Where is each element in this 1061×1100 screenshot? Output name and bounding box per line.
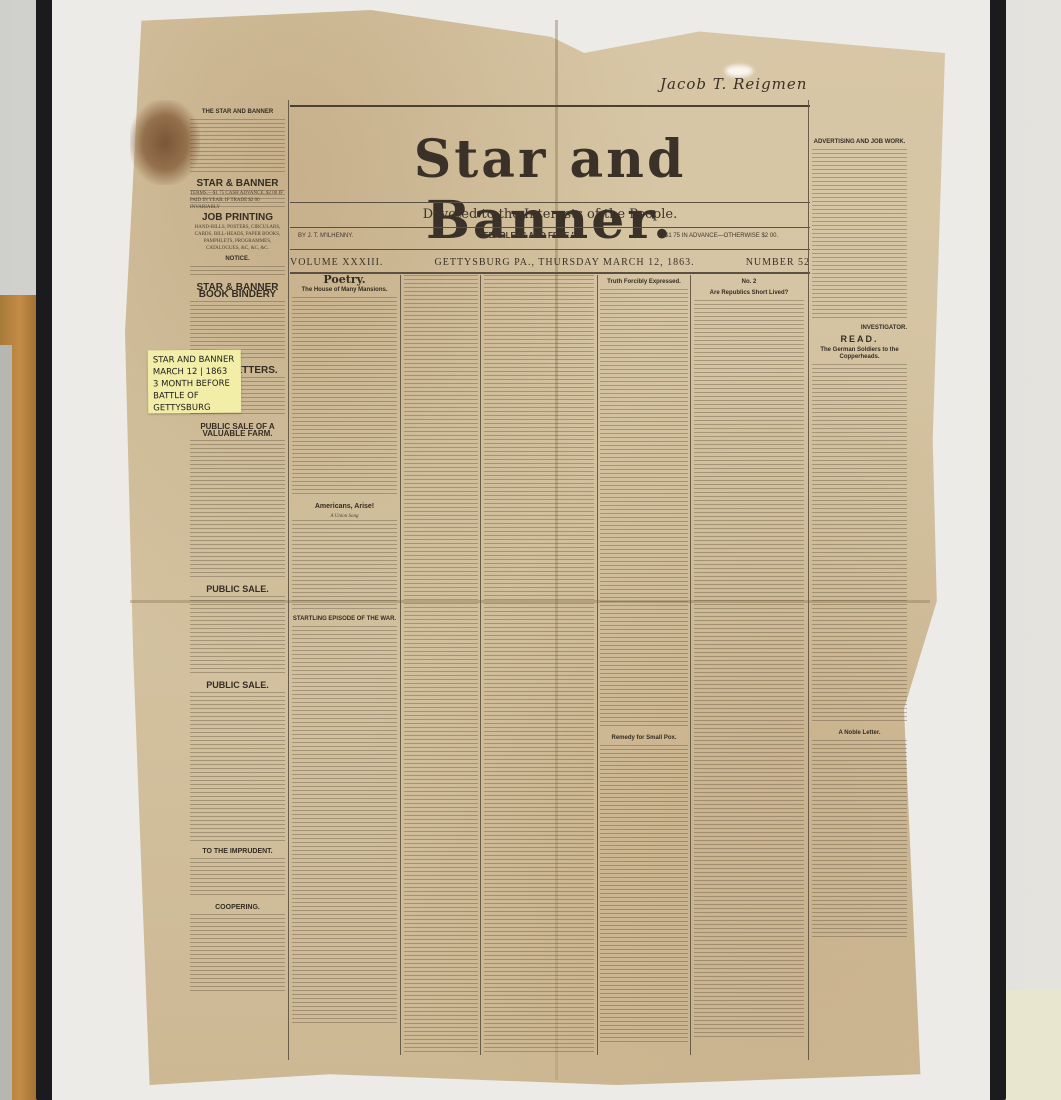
poetry-column: Poetry. The House of Many Mansions. Amer… [292, 272, 397, 1057]
article-column: Truth Forcibly Expressed. Remedy for Sma… [600, 275, 688, 1055]
issue-number: NUMBER 52 [746, 257, 810, 268]
text-block [404, 275, 478, 1055]
column-heading: JOB PRINTING [190, 214, 285, 221]
rule [290, 249, 810, 250]
article-column [404, 275, 478, 1055]
text-block [292, 520, 397, 610]
text-block [812, 364, 907, 724]
column-divider [690, 275, 691, 1055]
text-block [812, 740, 907, 940]
article-heading: The German Soldiers to the Copperheads. [812, 347, 907, 361]
article-column [484, 275, 594, 1055]
poem-subtitle: A Union Song [292, 513, 397, 520]
article-heading: Truth Forcibly Expressed. [600, 279, 688, 286]
article-column: No. 2 Are Republics Short Lived? [694, 275, 804, 1055]
rule [290, 227, 810, 228]
text-block [190, 119, 285, 174]
article-heading: Remedy for Small Pox. [600, 735, 688, 742]
column-divider [597, 275, 598, 1055]
article-heading: STARTLING EPISODE OF THE WAR. [292, 616, 397, 623]
column-heading: PUBLIC SALE OF A VALUABLE FARM. [190, 423, 285, 437]
column-heading: THE STAR AND BANNER [190, 109, 285, 116]
sticky-note-line: 3 MONTH BEFORE [153, 378, 236, 391]
sticky-note-line: MARCH 12 | 1863 [153, 366, 236, 379]
text-block [600, 289, 688, 729]
text-block [292, 626, 397, 1026]
column-heading: STAR & BANNER [190, 180, 285, 187]
column-heading: Poetry. [292, 276, 397, 283]
text-block [190, 858, 285, 898]
text-block: TERMS.—$1 75 CASH ADVANCE. $2 00 IF PAID… [190, 190, 285, 208]
column-heading: STAR & BANNER BOOK BINDERY [190, 284, 285, 298]
right-column: ADVERTISING AND JOB WORK. INVESTIGATOR. … [812, 135, 907, 1055]
text-block [812, 149, 907, 319]
text-block [190, 440, 285, 580]
masthead: Star and Banner. Devoted to the Interest… [290, 105, 810, 275]
rule [290, 202, 810, 203]
column-divider [288, 100, 289, 1060]
text-block: HAND-BILLS, POSTERS, CIRCULARS, CARDS, B… [190, 224, 285, 252]
column-heading: ADVERTISING AND JOB WORK. [812, 139, 907, 146]
dateline-row: VOLUME XXXIII. GETTYSBURG PA., THURSDAY … [290, 254, 810, 270]
column-divider [808, 100, 809, 1060]
article-heading: READ. [812, 336, 907, 343]
poem-title: Americans, Arise! [292, 503, 397, 510]
dateline: GETTYSBURG PA., THURSDAY MARCH 12, 1863. [435, 257, 695, 268]
adjacent-frame-glass [0, 345, 12, 1100]
column-heading: PUBLIC SALE. [190, 682, 285, 689]
text-block [190, 266, 285, 278]
price: $1 75 IN ADVANCE—OTHERWISE $2 00. [665, 233, 778, 239]
text-block [600, 745, 688, 1045]
text-block [190, 596, 285, 676]
handwritten-signature: Jacob T. Reigmen [660, 75, 807, 93]
text-block [694, 300, 804, 1040]
article-heading: No. 2 [694, 279, 804, 286]
column-heading: PUBLIC SALE. [190, 586, 285, 593]
poem-title: The House of Many Mansions. [292, 287, 397, 294]
text-block [190, 914, 285, 994]
publisher: BY J. T. M'ILHENNY. [298, 233, 353, 239]
sticky-note: STAR AND BANNER MARCH 12 | 1863 3 MONTH … [148, 350, 242, 414]
column-heading: NOTICE. [190, 256, 285, 263]
article-heading: Are Republics Short Lived? [694, 290, 804, 297]
column-heading: TO THE IMPRUDENT. [190, 848, 285, 855]
motto: Devoted to the Interests of the People. [290, 207, 810, 222]
text-block [484, 275, 594, 1055]
adjacent-wood-frame [0, 295, 40, 1100]
article-heading: A Noble Letter. [812, 730, 907, 737]
text-block [190, 692, 285, 842]
text-block [292, 297, 397, 497]
sticky-note-line: STAR AND BANNER [153, 354, 236, 367]
volume: VOLUME XXXIII. [290, 257, 383, 268]
column-divider [480, 275, 481, 1055]
sticky-note-line: BATTLE OF GETTYSBURG [153, 390, 236, 415]
article-signoff: INVESTIGATOR. [812, 325, 907, 332]
slogan: "FEARLESS AND FREE." [480, 231, 575, 240]
left-advertising-column: THE STAR AND BANNER STAR & BANNER TERMS.… [190, 105, 285, 1055]
column-heading: COOPERING. [190, 904, 285, 911]
column-divider [400, 275, 401, 1055]
